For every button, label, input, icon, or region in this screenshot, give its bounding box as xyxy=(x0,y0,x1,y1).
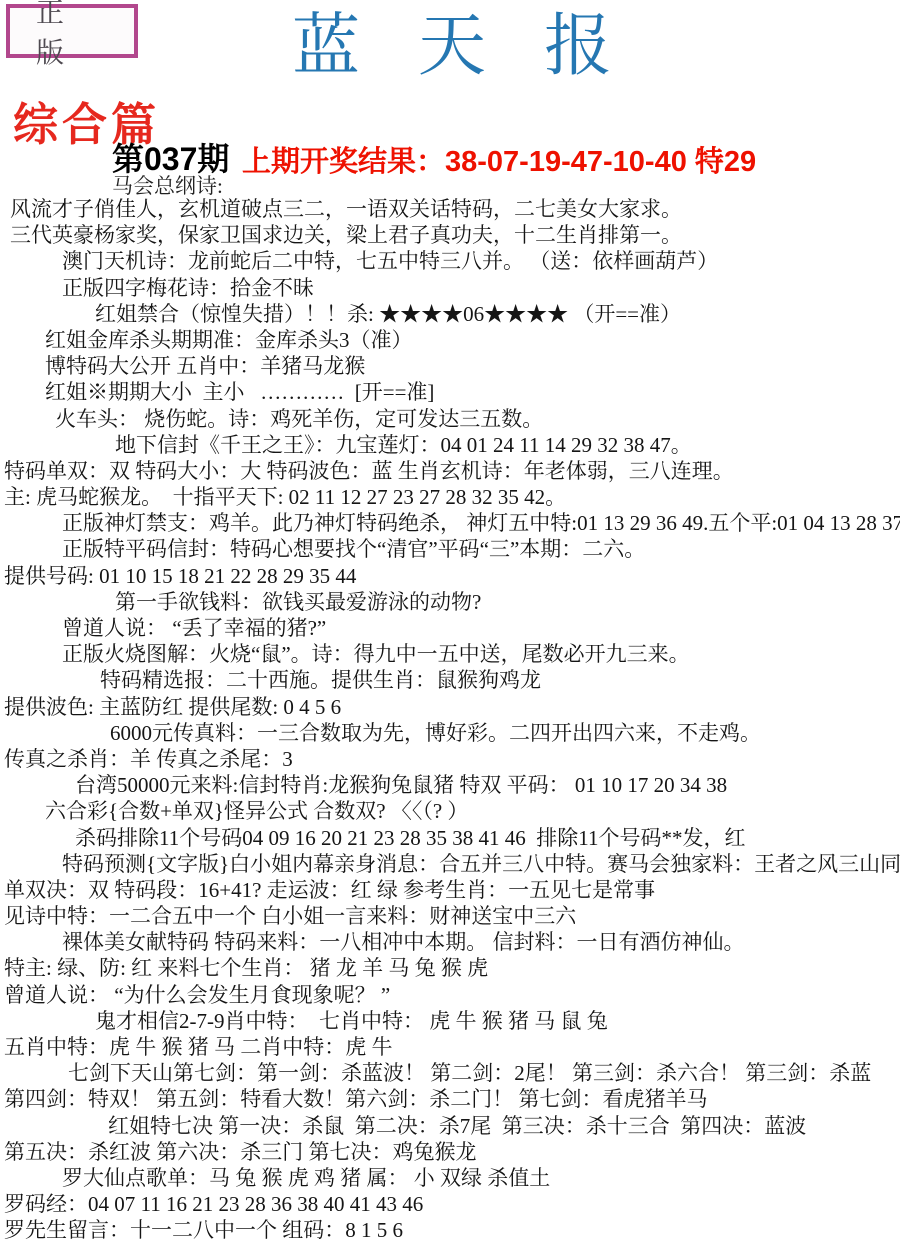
edition-badge-label: 正版 xyxy=(36,0,134,71)
text-line: 澳门天机诗：龙前蛇后二中特，七五中特三八并。 （送：依样画葫芦） xyxy=(0,248,900,274)
text-line: 台湾50000元来料:信封特肖:龙猴狗兔鼠猪 特双 平码： 01 10 17 2… xyxy=(0,772,900,798)
text-line: 六合彩{合数+单双}怪异公式 合数双? 〈〈（? ） xyxy=(0,798,900,824)
text-line: 曾道人说： “丢了幸福的猪?” xyxy=(0,615,900,641)
text-line: 主: 虎马蛇猴龙。 十指平天下: 02 11 12 27 23 27 28 32… xyxy=(0,484,900,510)
text-line: 鬼才相信2-7-9肖中特： 七肖中特： 虎 牛 猴 猪 马 鼠 兔 xyxy=(0,1008,900,1034)
text-line: 第五决：杀红波 第六决：杀三门 第七决：鸡兔猴龙 xyxy=(0,1139,900,1165)
text-line: 单双决：双 特码段：16+41? 走运波：红 绿 参考生肖：一五见七是常事 xyxy=(0,877,900,903)
text-line: 红姐※期期大小 主小 ………… [开==准] xyxy=(0,379,900,405)
text-line: 正版火烧图解：火烧“鼠”。诗：得九中一五中送，尾数必开九三来。 xyxy=(0,641,900,667)
text-line: 曾道人说： “为什么会发生月食现象呢？ ” xyxy=(0,982,900,1008)
text-line: 红姐禁合（惊惶失措）！！杀: ★★★★06★★★★ （开==准） xyxy=(0,301,900,327)
text-line: 红姐金库杀头期期准：金库杀头3（准） xyxy=(0,327,900,353)
text-line: 第一手欲钱料：欲钱买最爱游泳的动物? xyxy=(0,589,900,615)
text-line: 特码预测{文字版}白小姐内幕亲身消息：合五并三八中特。赛马会独家料：王者之风三山… xyxy=(0,851,900,877)
body-text: 风流才子俏佳人，玄机道破点三二，一语双关话特码，二七美女大家求。三代英豪杨家奖，… xyxy=(0,196,900,1244)
text-line: 罗大仙点歌单：马 兔 猴 虎 鸡 猪 属： 小 双绿 杀值土 xyxy=(0,1165,900,1191)
text-line: 提供波色: 主蓝防红 提供尾数: 0 4 5 6 xyxy=(0,694,900,720)
text-line: 裸体美女献特码 特码来料：一八相冲中本期。 信封料：一日有酒仿神仙。 xyxy=(0,929,900,955)
text-line: 罗先生留言：十一二八中一个 组码：8 1 5 6 xyxy=(0,1217,900,1243)
text-line: 罗码经：04 07 11 16 21 23 28 36 38 40 41 43 … xyxy=(0,1191,900,1217)
text-line: 特码精选报：二十西施。提供生肖：鼠猴狗鸡龙 xyxy=(0,667,900,693)
text-line: 正版神灯禁支：鸡羊。此乃神灯特码绝杀， 神灯五中特:01 13 29 36 49… xyxy=(0,510,900,536)
edition-badge: 正版 xyxy=(6,4,138,58)
text-line: 博特码大公开 五肖中：羊猪马龙猴 xyxy=(0,353,900,379)
text-line: 6000元传真料：一三合数取为先，博好彩。二四开出四六来，不走鸡。 xyxy=(0,720,900,746)
text-line: 地下信封《千王之王》：九宝莲灯：04 01 24 11 14 29 32 38 … xyxy=(0,432,900,458)
text-line: 杀码排除11个号码04 09 16 20 21 23 28 35 38 41 4… xyxy=(0,825,900,851)
last-draw-result: 上期开奖结果：38-07-19-47-10-40 特29 xyxy=(242,139,756,180)
text-line: 火车头： 烧伤蛇。诗：鸡死羊伤，定可发达三五数。 xyxy=(0,406,900,432)
text-line: 提供号码: 01 10 15 18 21 22 28 29 35 44 xyxy=(0,563,900,589)
text-line: 五肖中特：虎 牛 猴 猪 马 二肖中特：虎 牛 xyxy=(0,1034,900,1060)
text-line: 正版四字梅花诗：拾金不昧 xyxy=(0,275,900,301)
report-title: 蓝天报 xyxy=(292,6,670,86)
text-line: 第四剑：特双！ 第五剑：特看大数！第六剑：杀二门！ 第七剑：看虎猪羊马 xyxy=(0,1086,900,1112)
report-page: 正版 蓝天报 综合篇 第037期 上期开奖结果：38-07-19-47-10-4… xyxy=(0,0,900,1244)
text-line: 特码单双：双 特码大小：大 特码波色：蓝 生肖玄机诗：年老体弱，三八连理。 xyxy=(0,458,900,484)
text-line: 三代英豪杨家奖，保家卫国求边关，梁上君子真功夫，十二生肖排第一。 xyxy=(0,222,900,248)
text-line: 传真之杀肖：羊 传真之杀尾：3 xyxy=(0,746,900,772)
text-line: 正版特平码信封：特码心想要找个“清官”平码“三”本期：二六。 xyxy=(0,536,900,562)
text-line: 见诗中特：一二合五中一个 白小姐一言来料：财神送宝中三六 xyxy=(0,903,900,929)
text-line: 七剑下天山第七剑：第一剑：杀蓝波！ 第二剑：2尾！ 第三剑：杀六合！ 第三剑：杀… xyxy=(0,1060,900,1086)
text-line: 风流才子俏佳人，玄机道破点三二，一语双关话特码，二七美女大家求。 xyxy=(0,196,900,222)
text-line: 特主: 绿、防: 红 来料七个生肖： 猪 龙 羊 马 兔 猴 虎 xyxy=(0,955,900,981)
text-line: 红姐特七决 第一决：杀鼠 第二决：杀7尾 第三决：杀十三合 第四决：蓝波 xyxy=(0,1113,900,1139)
